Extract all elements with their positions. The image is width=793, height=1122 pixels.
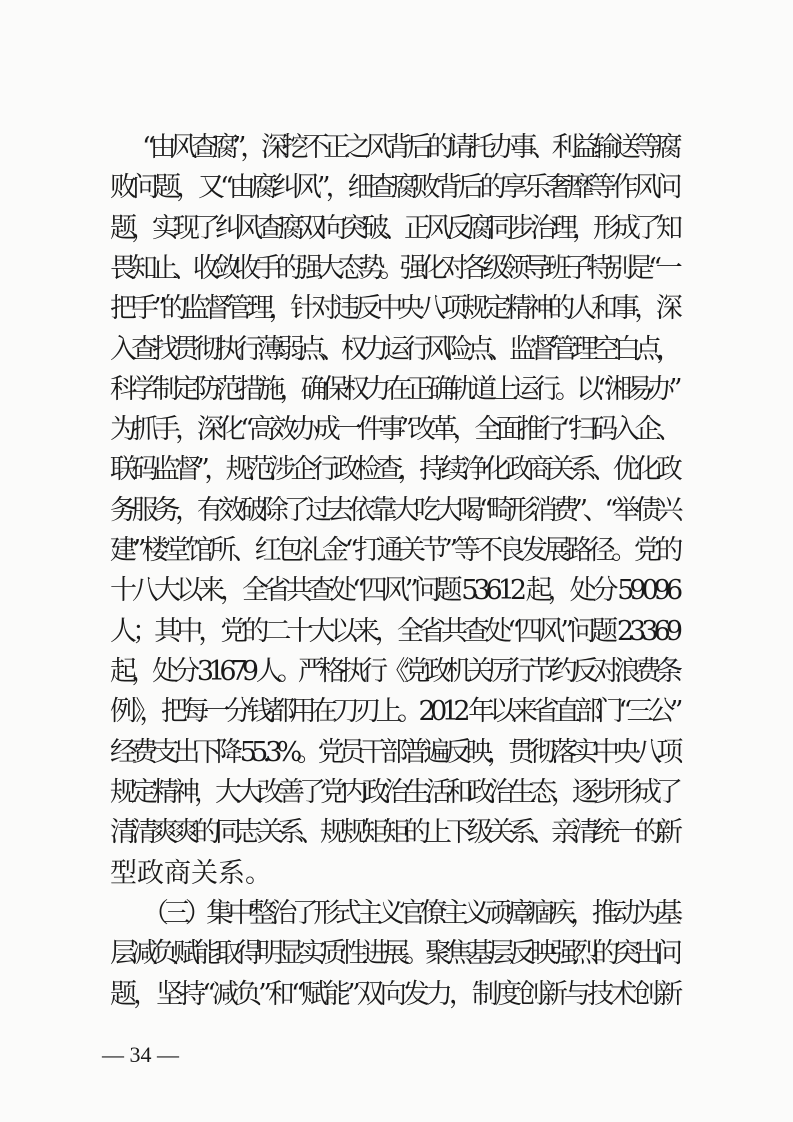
text-line-7: 科学制定防范措施，确保权力在正确轨道上运行。以“湘易办”	[110, 370, 683, 410]
text-line-14: 起，处分 31679 人。严格执行《党政机关厉行节约反对浪费条	[110, 652, 683, 692]
text-line-21: 层减负赋能取得明显实质性进展。聚焦基层反映强烈的突出问	[110, 934, 683, 974]
text-line-16: 经费支出下降 55.3%。党员干部普遍反映，贯彻落实中央八项	[110, 733, 683, 773]
text-line-6: 入查找贯彻执行薄弱点、权力运行风险点、监督管理空白点，	[110, 330, 683, 370]
text-line-4: 畏知止、收敛收手的强大态势。强化对各级领导班子特别是“一	[110, 249, 683, 289]
text-line-12: 十八大以来，全省共查处“四风”问题 53612 起，处分 59096	[110, 571, 683, 611]
text-line-8: 为抓手，深化“高效办成一件事”改革，全面推行“扫码入企、	[110, 410, 683, 450]
text-line-1: “由风查腐”，深挖不正之风背后的请托办事、利益输送等腐	[142, 128, 683, 168]
text-line-3: 题，实现了纠风查腐双向突破、正风反腐同步治理，形成了知	[110, 209, 683, 249]
section-heading-line: （三）集中整治了形式主义官僚主义顽瘴痼疾，推动为基	[142, 894, 683, 934]
text-line-17: 规定精神，大大改善了党内政治生活和政治生态，逐步形成了	[110, 773, 683, 813]
text-line-5: 把手”的监督管理，针对违反中央八项规定精神的人和事，深	[110, 289, 683, 329]
page-number: — 34 —	[102, 1040, 179, 1070]
text-line-10: 务服务，有效破除了过去依靠大吃大喝“畸形消费”、“举债兴	[110, 491, 683, 531]
text-line-11: 建”楼堂馆所、红包礼金“打通关节”等不良发展路径。党的	[110, 531, 683, 571]
text-line-15: 例》，把每一分钱都用在刀刃上。2012 年以来省直部门“三公”	[110, 692, 683, 732]
text-line-22: 题，坚持“减负”和“赋能”双向发力，制度创新与技术创新	[110, 975, 683, 1015]
text-line-19: 型政商关系。	[110, 854, 683, 894]
text-line-13: 人；其中，党的二十大以来，全省共查处“四风”问题 23369	[110, 612, 683, 652]
document-page: “由风查腐”，深挖不正之风背后的请托办事、利益输送等腐 败问题，又“由腐纠风”，…	[0, 0, 793, 1122]
text-line-9: 联码监督”，规范涉企行政检查，持续净化政商关系、优化政	[110, 450, 683, 490]
text-line-18: 清清爽爽的同志关系、规规矩矩的上下级关系、亲清统一的新	[110, 813, 683, 853]
text-line-2: 败问题，又“由腐纠风”，细查腐败背后的享乐奢靡等作风问	[110, 168, 683, 208]
